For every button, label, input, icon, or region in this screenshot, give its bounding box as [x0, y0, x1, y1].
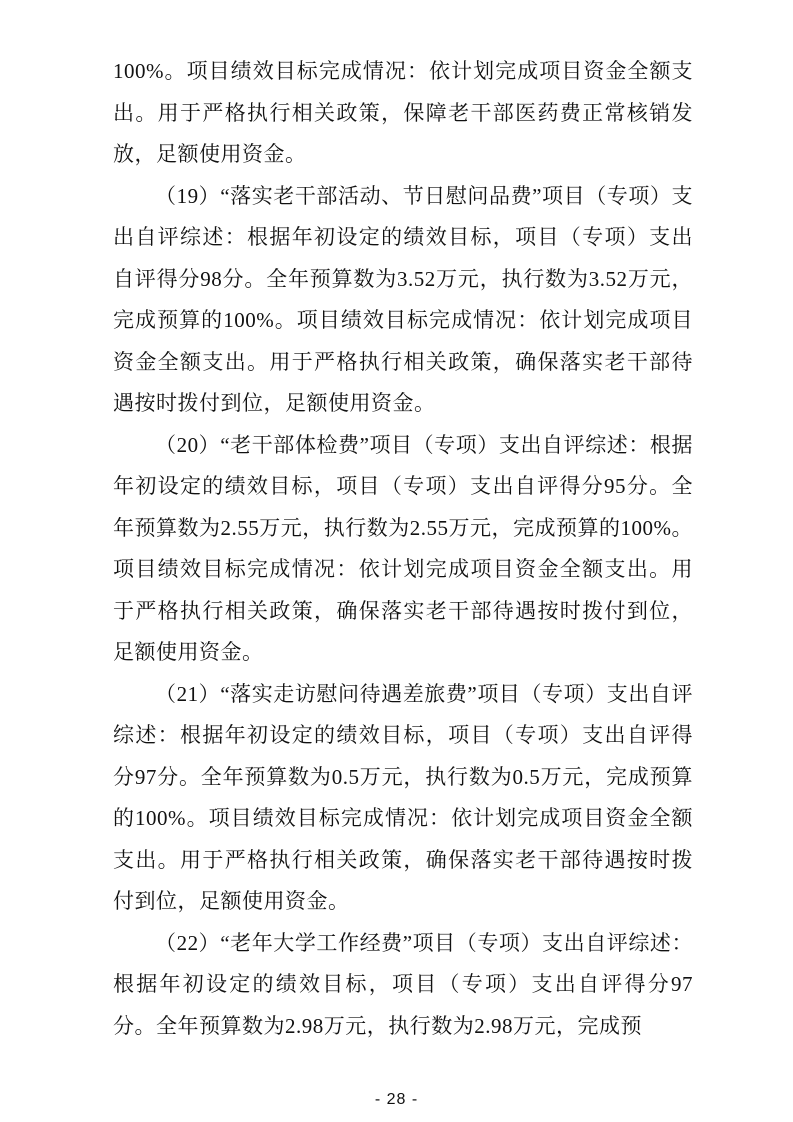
- paragraph-item-22: （22）“老年大学工作经费”项目（专项）支出自评综述：根据年初设定的绩效目标，项…: [113, 923, 693, 1048]
- page-number: - 28 -: [0, 1091, 793, 1109]
- paragraph-item-19: （19）“落实老干部活动、节日慰问品费”项目（专项）支出自评综述：根据年初设定的…: [113, 176, 693, 425]
- paragraph-item-20: （20）“老干部体检费”项目（专项）支出自评综述：根据年初设定的绩效目标，项目（…: [113, 425, 693, 674]
- paragraph-item-21: （21）“落实走访慰问待遇差旅费”项目（专项）支出自评综述：根据年初设定的绩效目…: [113, 674, 693, 923]
- document-body: 100%。项目绩效目标完成情况：依计划完成项目资金全额支出。用于严格执行相关政策…: [113, 51, 693, 1047]
- paragraph-continuation: 100%。项目绩效目标完成情况：依计划完成项目资金全额支出。用于严格执行相关政策…: [113, 51, 693, 176]
- document-page: 100%。项目绩效目标完成情况：依计划完成项目资金全额支出。用于严格执行相关政策…: [0, 0, 793, 1122]
